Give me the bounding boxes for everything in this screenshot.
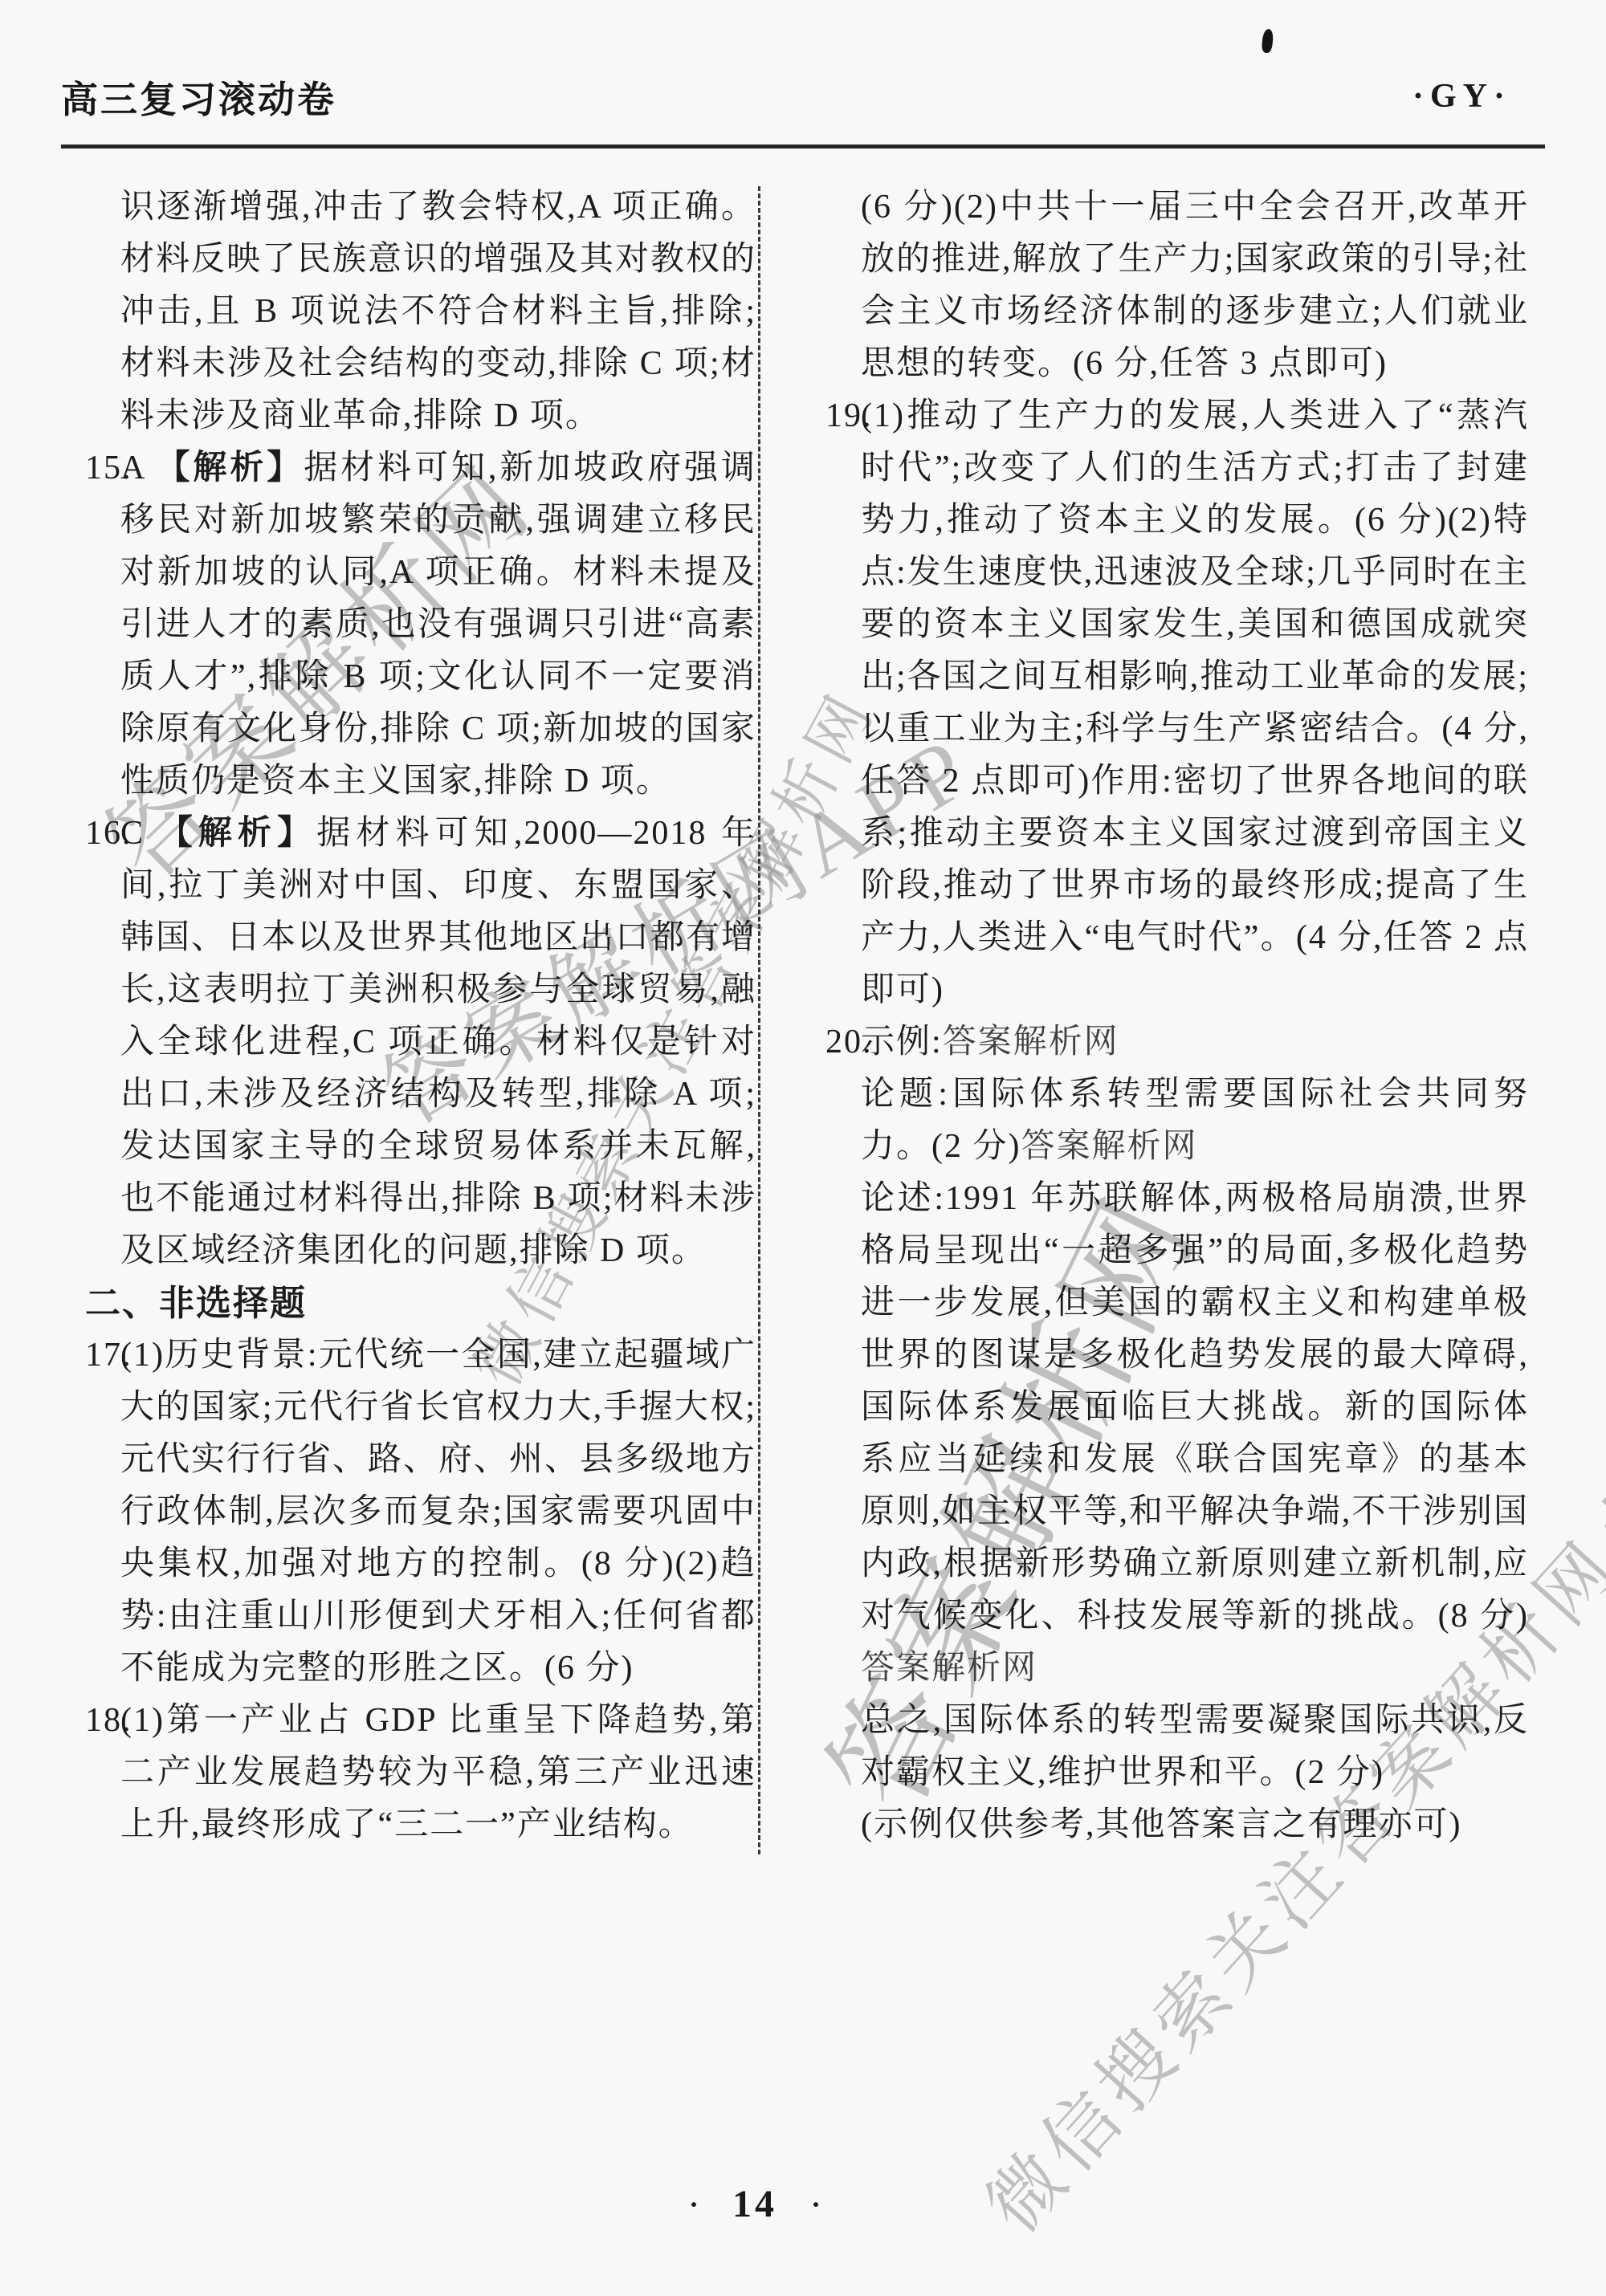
answer-item: (6 分)(2)中共十一届三中全会召开,改革开放的推进,解放了生产力;国家政策的… <box>861 181 1529 390</box>
footer-left-dot: · <box>689 2188 699 2221</box>
scanned-answer-page: 答案解析网答案解析网APP微信搜索关注答案解析网答案解析网微信搜索关注答案解析网… <box>0 0 1606 2296</box>
item-text: 总之,国际体系的转型需要凝聚国际共识,反对霸权主义,维护世界和平。(2 分) <box>861 1702 1529 1791</box>
answer-item: 17.(1)历史背景:元代统一全国,建立起疆域广大的国家;元代行省长官权力大,手… <box>120 1329 756 1695</box>
answer-item: 16.C 【解析】据材料可知,2000—2018 年间,拉丁美洲对中国、印度、东… <box>120 808 756 1277</box>
header-rule <box>61 145 1545 149</box>
answer-item: 论题:国际体系转型需要国际社会共同努力。(2 分)答案解析网 <box>861 1069 1529 1173</box>
item-number: 19. <box>825 390 873 442</box>
answer-item: 20.示例:答案解析网 <box>861 1016 1529 1069</box>
ink-speck <box>1261 28 1274 53</box>
item-text: A 【解析】据材料可知,新加坡政府强调移民对新加坡繁荣的贡献,强调建立移民对新加… <box>120 450 756 800</box>
item-text: 识逐渐增强,冲击了教会特权,A 项正确。材料反映了民族意识的增强及其对教权的冲击… <box>120 189 756 434</box>
item-text: 示例:答案解析网 <box>861 1024 1119 1060</box>
item-number: 18. <box>85 1695 132 1747</box>
answer-item: 识逐渐增强,冲击了教会特权,A 项正确。材料反映了民族意识的增强及其对教权的冲击… <box>120 181 756 442</box>
footer-right-dot: · <box>811 2188 821 2221</box>
item-text: 论题:国际体系转型需要国际社会共同努力。(2 分)答案解析网 <box>861 1076 1529 1165</box>
item-number: 20. <box>825 1016 873 1069</box>
section-heading: 二、非选择题 <box>85 1277 756 1329</box>
item-number: 16. <box>85 808 132 860</box>
item-text: 二、非选择题 <box>85 1283 307 1324</box>
item-text: (1)历史背景:元代统一全国,建立起疆域广大的国家;元代行省长官权力大,手握大权… <box>120 1337 756 1687</box>
item-text: C 【解析】据材料可知,2000—2018 年间,拉丁美洲对中国、印度、东盟国家… <box>120 815 756 1269</box>
answer-item: 19.(1)推动了生产力的发展,人类进入了“蒸汽时代”;改变了人们的生活方式;打… <box>861 390 1529 1016</box>
item-number: 15. <box>85 442 132 495</box>
item-text: (6 分)(2)中共十一届三中全会召开,改革开放的推进,解放了生产力;国家政策的… <box>861 189 1529 382</box>
item-text: (示例仅供参考,其他答案言之有理亦可) <box>861 1806 1461 1843</box>
item-text: (1)第一产业占 GDP 比重呈下降趋势,第二产业发展趋势较为平稳,第三产业迅速… <box>120 1702 756 1843</box>
page-number: 14 <box>732 2182 777 2226</box>
answer-item: 18.(1)第一产业占 GDP 比重呈下降趋势,第二产业发展趋势较为平稳,第三产… <box>120 1695 756 1851</box>
column-divider <box>758 186 760 1854</box>
item-text: (1)推动了生产力的发展,人类进入了“蒸汽时代”;改变了人们的生活方式;打击了封… <box>861 397 1529 1008</box>
answer-item: 论述:1991 年苏联解体,两极格局崩溃,世界格局呈现出“一超多强”的局面,多极… <box>861 1173 1529 1695</box>
page-header-title: 高三复习滚动卷 <box>61 71 336 124</box>
item-number: 17. <box>85 1329 132 1382</box>
item-text: 论述:1991 年苏联解体,两极格局崩溃,世界格局呈现出“一超多强”的局面,多极… <box>861 1180 1529 1687</box>
answer-item: 15.A 【解析】据材料可知,新加坡政府强调移民对新加坡繁荣的贡献,强调建立移民… <box>120 442 756 808</box>
answer-item: 总之,国际体系的转型需要凝聚国际共识,反对霸权主义,维护世界和平。(2 分) <box>861 1695 1529 1799</box>
right-column: (6 分)(2)中共十一届三中全会召开,改革开放的推进,解放了生产力;国家政策的… <box>825 181 1529 1851</box>
answer-item: (示例仅供参考,其他答案言之有理亦可) <box>861 1799 1529 1851</box>
page-header-edition: ·GY· <box>1412 77 1511 116</box>
left-column: 识逐渐增强,冲击了教会特权,A 项正确。材料反映了民族意识的增强及其对教权的冲击… <box>85 181 756 1851</box>
page-footer: · 14 · <box>634 2182 875 2226</box>
